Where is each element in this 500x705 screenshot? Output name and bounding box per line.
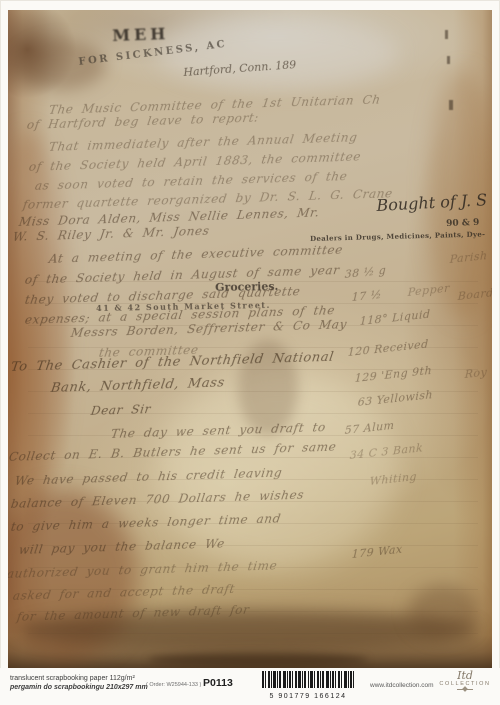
description-pl: pergamin do scrapbookingu 210x297 mm — [10, 683, 148, 692]
order-number: ( Order: W25944-133 ) — [146, 682, 201, 688]
handwriting-line: will pay you the balance We — [18, 537, 226, 558]
handwriting-line: At a meeting of the executive committee — [48, 243, 344, 266]
handwriting-line: balance of Eleven 700 Dollars he wishes — [10, 488, 305, 511]
printed-street-number: 90 & 9 — [446, 218, 480, 229]
handwriting-line: The day we sent you draft to — [110, 420, 327, 441]
handwriting-line: Bank, Northfield, Mass — [50, 376, 226, 397]
ledger-entry: 118° Liquid — [360, 308, 431, 329]
paper-description: translucent scrapbooking paper 112g/m² p… — [10, 674, 148, 692]
brand-logo-script: Itd — [438, 670, 492, 681]
product-photo: MEH FOR SICKNESS, AC Hartford, Conn. 189… — [0, 0, 500, 705]
brand-logo: Itd COLLECTION — [438, 670, 492, 694]
product-label-strip: translucent scrapbooking paper 112g/m² p… — [0, 668, 500, 705]
edge-mark-1 — [445, 30, 448, 39]
barcode-digits: 5 901779 166124 — [258, 693, 358, 700]
edge-mark-3 — [449, 100, 453, 110]
website-url: www.itdcollection.com — [370, 682, 434, 689]
product-code: P0113 — [203, 677, 233, 689]
handwriting-line: authorized you to grant him the time — [8, 559, 278, 582]
ledger-entry: Board — [458, 286, 492, 303]
ledger-entry: 57 Alum — [345, 419, 395, 437]
edge-mark-2 — [447, 56, 450, 64]
printed-hartford-conn: Hartford, Conn. 189 — [183, 58, 297, 79]
ink-stamp: MEH — [112, 24, 170, 45]
handwriting-line: We have passed to his credit leaving — [14, 466, 283, 488]
ledger-entry: 120 Received — [348, 338, 429, 360]
handwriting-line: Collect on E. B. Butlers he sent us for … — [8, 440, 337, 464]
ledger-entry: 34 C 3 Bank — [350, 441, 424, 462]
printed-dealers-line: Dealers in Drugs, Medicines, Paints, Dye… — [310, 229, 485, 243]
ledger-entry: 17 ½ — [352, 288, 382, 304]
ledger-entry: Roy — [465, 366, 488, 381]
barcode: 5 901779 166124 — [258, 671, 358, 700]
brand-ornament-icon — [457, 689, 473, 694]
stain-bottom-right — [408, 585, 478, 640]
ledger-entry: 38 ½ g — [345, 264, 387, 281]
handwriting-line: to give him a weeks longer time and — [10, 512, 282, 535]
dark-streak-bottom — [148, 653, 368, 667]
barcode-bars — [262, 671, 354, 688]
ledger-entry: 179 Wax — [352, 543, 403, 561]
ledger-entry: Pepper — [408, 282, 451, 300]
ledger-entry: Whiting — [370, 470, 418, 488]
ledger-entry: 129 'Eng 9th — [355, 364, 433, 385]
handwriting-line: asked for and accept the draft — [12, 582, 236, 603]
description-en: translucent scrapbooking paper 112g/m² — [10, 674, 148, 683]
handwriting-line: for the amount of new draft for — [16, 603, 251, 624]
handwriting-line: Dear Sir — [90, 402, 152, 418]
vintage-paper-sheet: MEH FOR SICKNESS, AC Hartford, Conn. 189… — [8, 10, 492, 668]
handwriting-line: of the Society held in August of same ye… — [24, 263, 341, 287]
ledger-entry: Parish — [450, 249, 488, 266]
ledger-entry: 63 Yellowish — [358, 388, 434, 409]
